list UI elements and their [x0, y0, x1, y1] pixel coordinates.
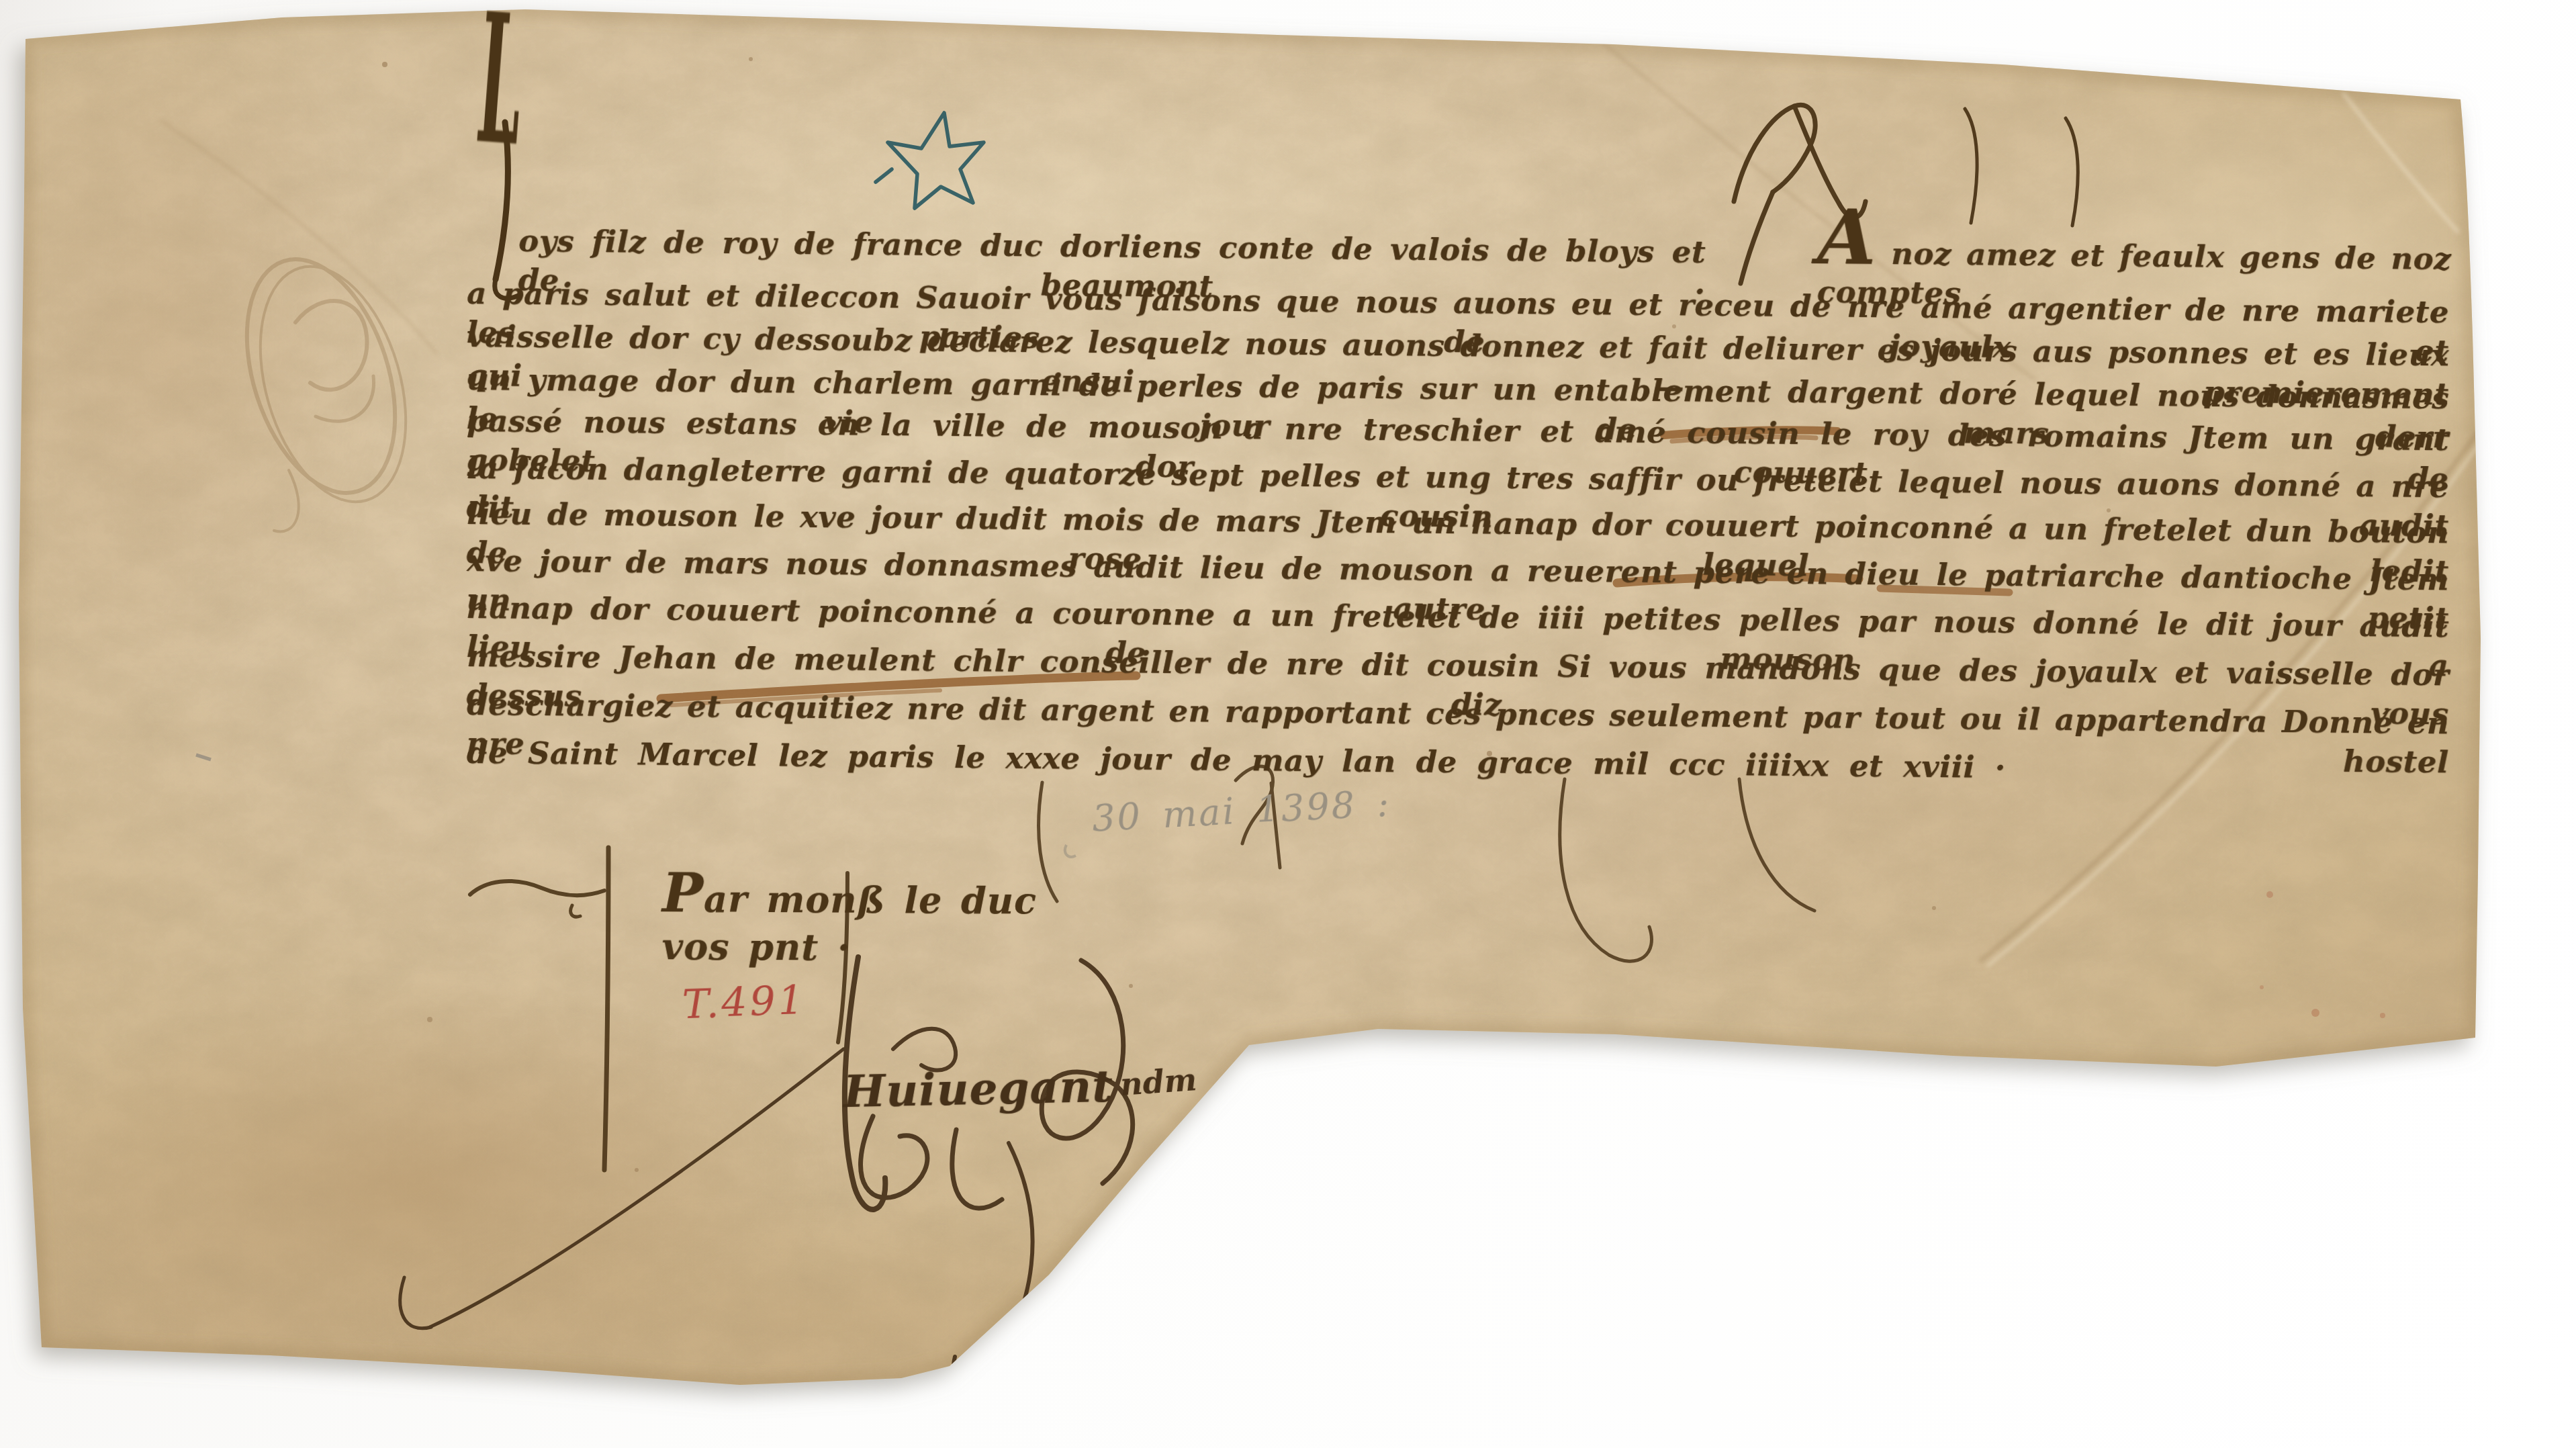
initial-letter: L: [478, 0, 523, 187]
docket-note: Par monß le duc vos pnt ·: [662, 861, 1119, 970]
secretary-signature: Huiuegant: [843, 1060, 1113, 1118]
photo-canvas: L oys filz de roy de france duc dorliens…: [0, 0, 2576, 1448]
pencil-date-annotation: 30 mai 1398 :: [1091, 782, 1392, 840]
signature-paraph-mark: ndm: [1119, 1061, 1198, 1103]
shelfmark-red: T.491: [682, 977, 807, 1028]
manuscript-text-layer: L oys filz de roy de france duc dorliens…: [0, 0, 2576, 1448]
